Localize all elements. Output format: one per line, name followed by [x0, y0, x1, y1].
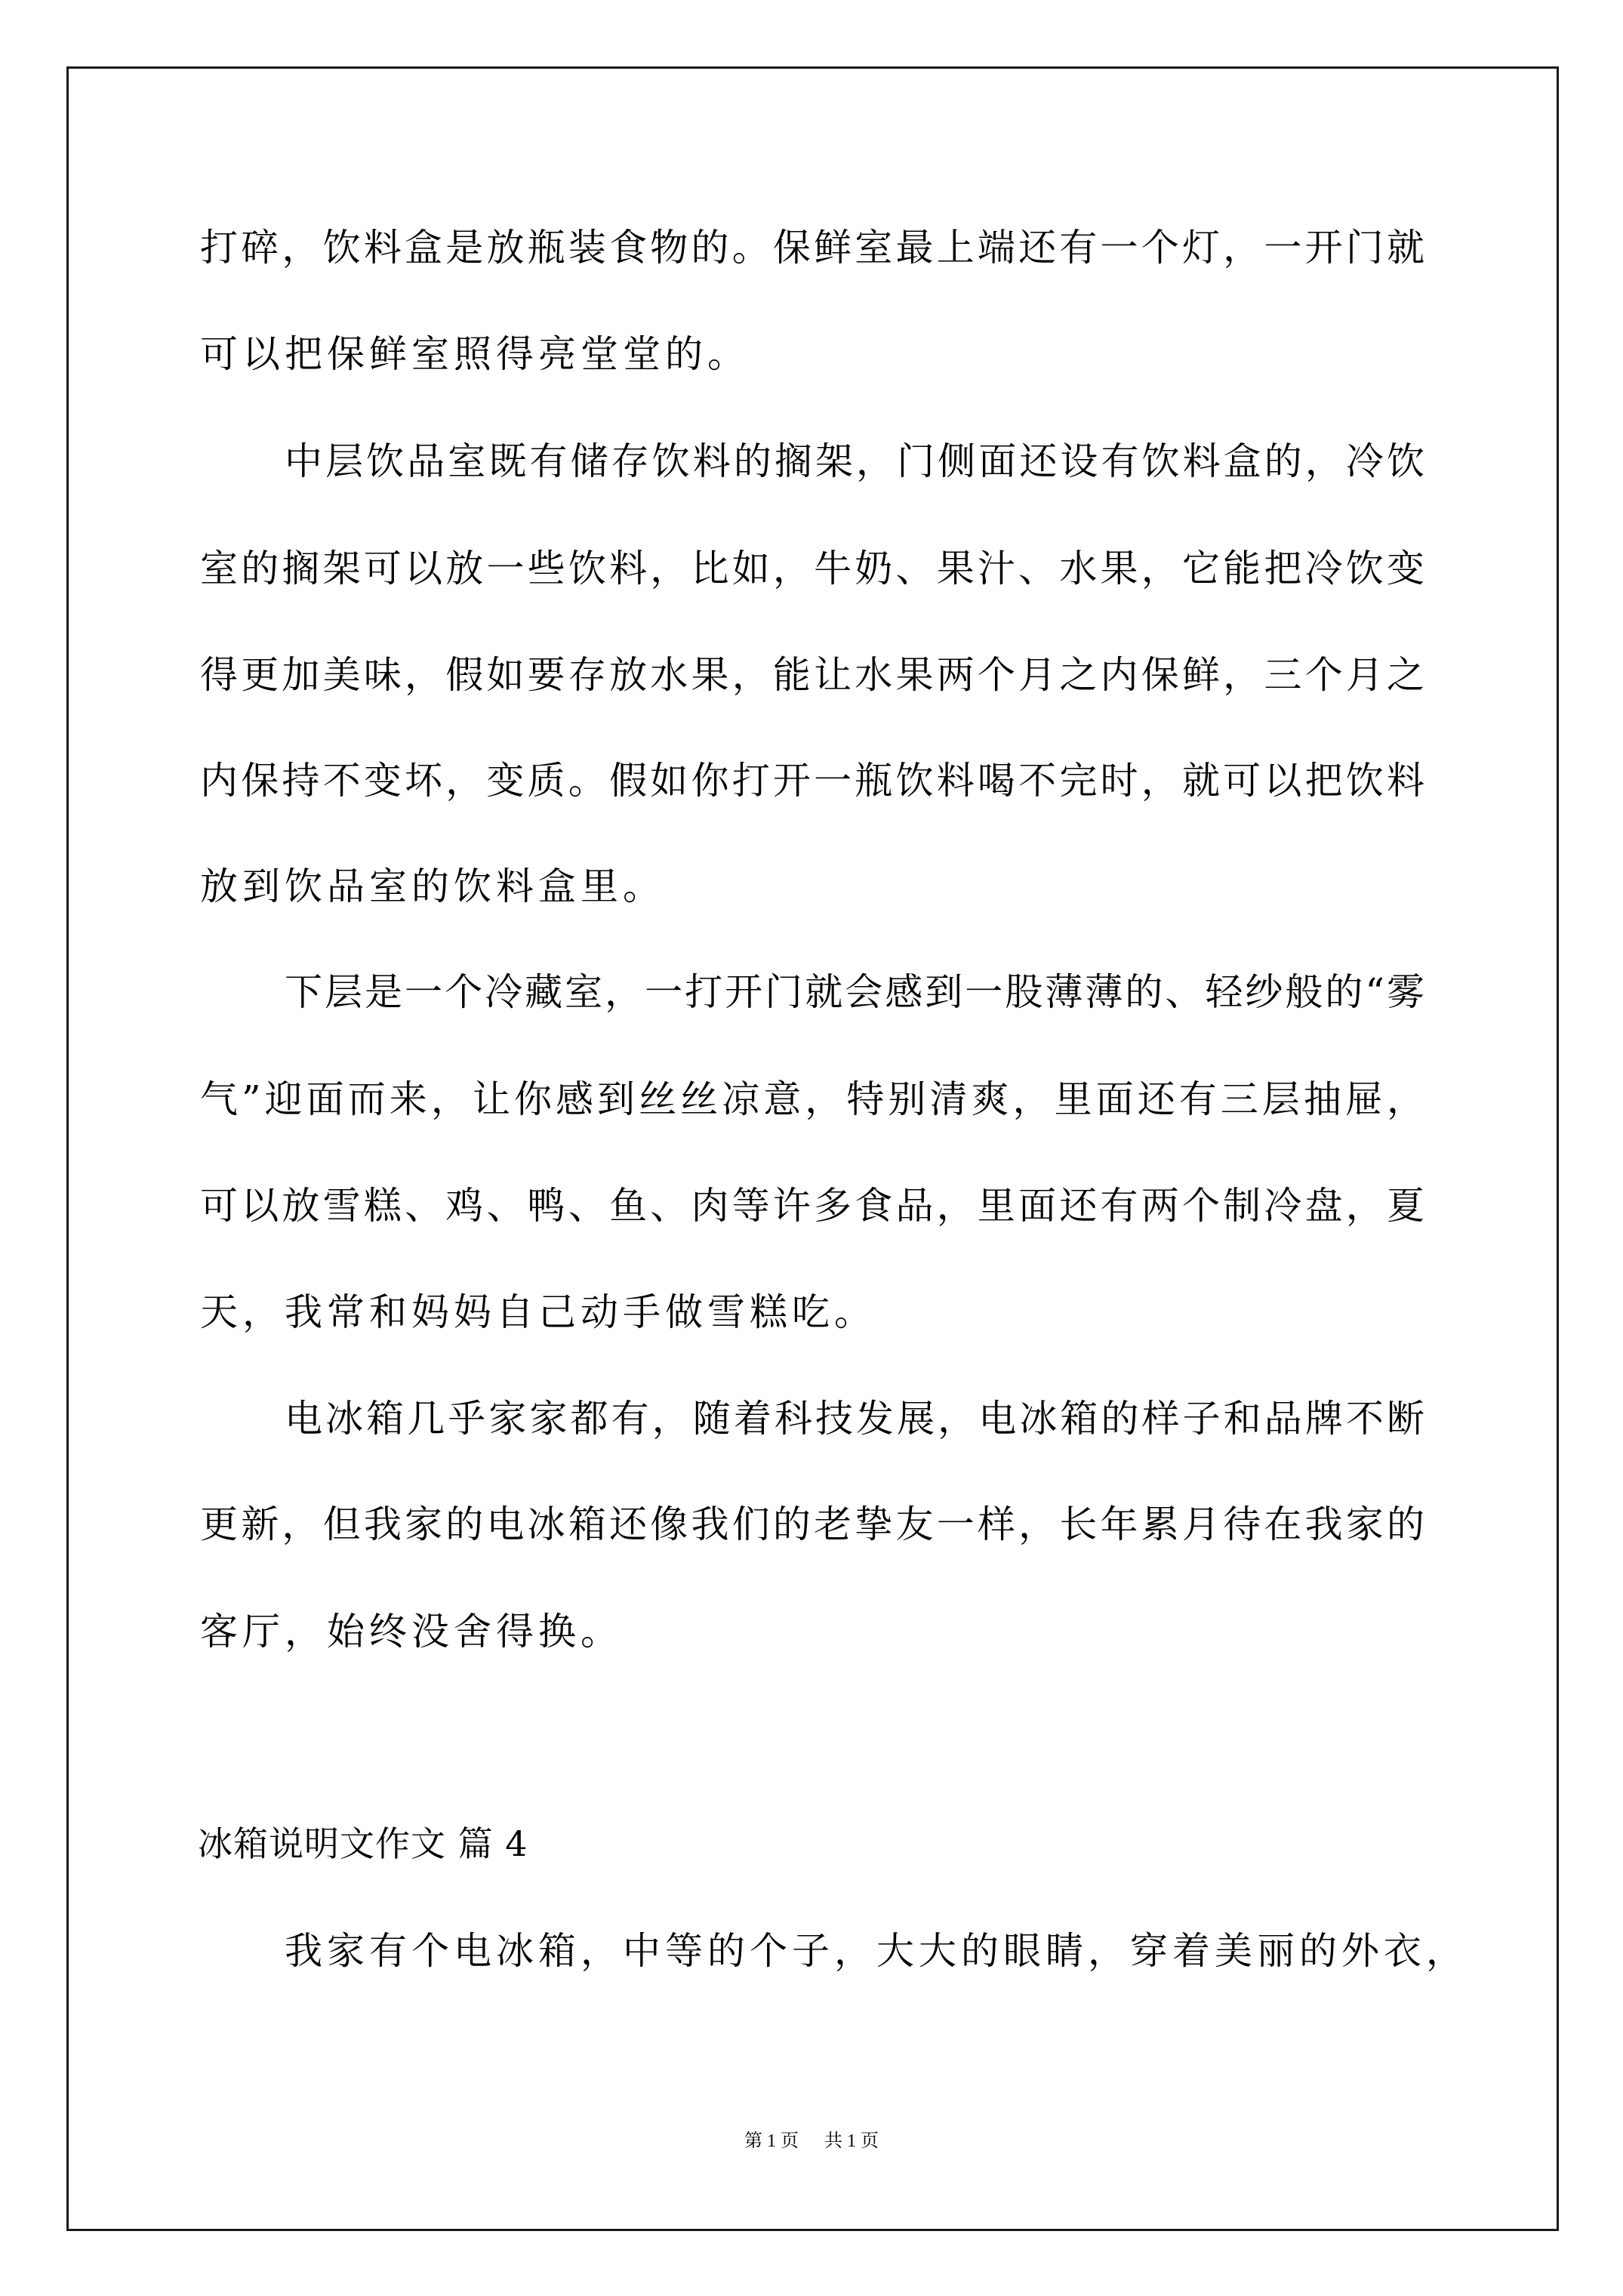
text-line: 气”迎面而来，让你感到丝丝凉意，特别清爽，里面还有三层抽屉，: [200, 1077, 1424, 1122]
text-line: 室的搁架可以放一些饮料，比如，牛奶、果汁、水果，它能把冷饮变: [200, 546, 1424, 591]
text-line: 我家有个电冰箱，中等的个子，大大的眼睛，穿着美丽的外衣，: [285, 1928, 1424, 1974]
text-line: 放到饮品室的饮料盒里。: [200, 864, 1424, 909]
text-line: 更新，但我家的电冰箱还像我们的老挚友一样，长年累月待在我家的: [200, 1502, 1424, 1547]
current-page-label: 第 1 页: [744, 2128, 799, 2155]
total-pages-label: 共 1 页: [824, 2128, 879, 2155]
text-line: 可以把保鲜室照得亮堂堂的。: [200, 331, 1424, 377]
page-footer: 第 1 页共 1 页: [0, 2128, 1623, 2155]
text-line: 得更加美味，假如要存放水果，能让水果两个月之内保鲜，三个月之: [200, 652, 1424, 698]
text-line: 电冰箱几乎家家都有，随着科技发展，电冰箱的样子和品牌不断: [285, 1396, 1424, 1441]
text-line: 打碎，饮料盒是放瓶装食物的。保鲜室最上端还有一个灯，一开门就: [200, 225, 1424, 270]
text-line: 天，我常和妈妈自己动手做雪糕吃。: [200, 1290, 1424, 1335]
text-line: 中层饮品室既有储存饮料的搁架，门侧面还设有饮料盒的，冷饮: [285, 439, 1424, 484]
text-line: 下层是一个冷藏室，一打开门就会感到一股薄薄的、轻纱般的“雾: [285, 969, 1424, 1015]
page-frame: [66, 66, 1559, 2231]
text-line: 内保持不变坏，变质。假如你打开一瓶饮料喝不完时，就可以把饮料: [200, 758, 1424, 803]
text-line: 可以放雪糕、鸡、鸭、鱼、肉等许多食品，里面还有两个制冷盘，夏: [200, 1183, 1424, 1228]
section-heading: 冰箱说明文作文 篇 4: [198, 1821, 528, 1866]
text-line: 客厅，始终没舍得换。: [200, 1609, 1424, 1654]
